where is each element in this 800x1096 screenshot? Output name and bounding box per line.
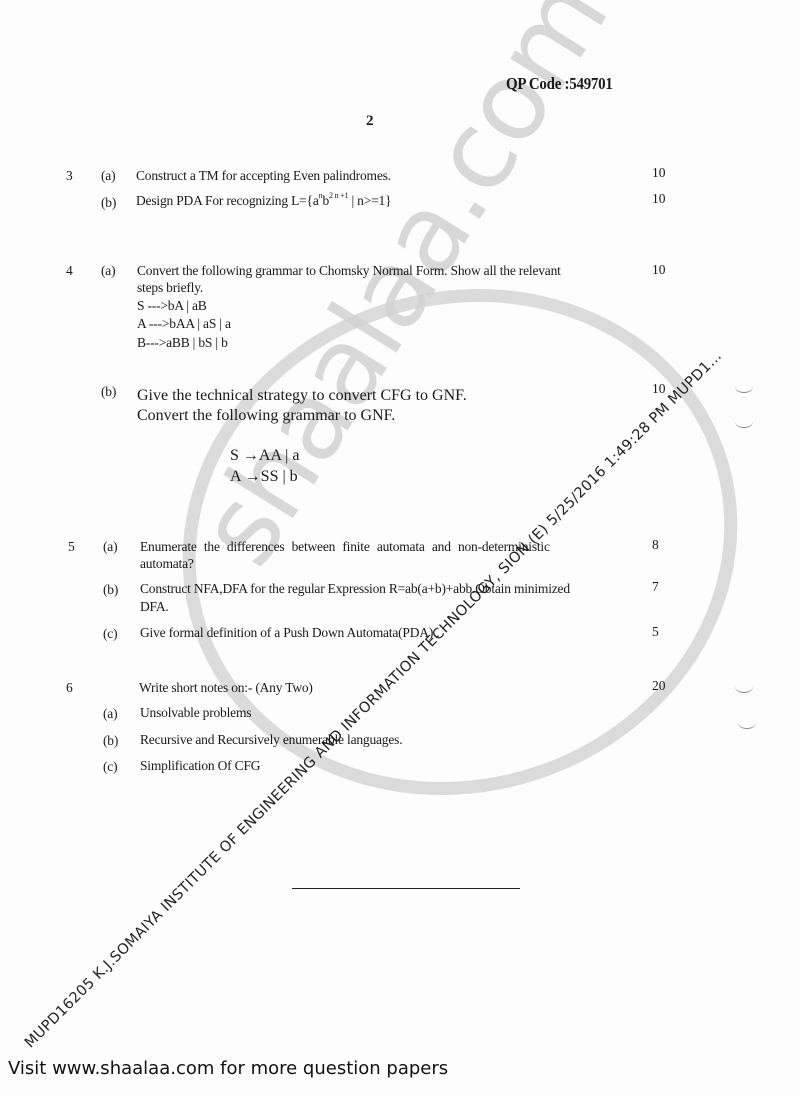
part-label: (c) <box>103 626 117 642</box>
question-text: Simplification Of CFG <box>140 758 260 774</box>
question-number: 4 <box>66 263 73 279</box>
marks: 7 <box>652 579 659 595</box>
question-text: Enumerate the differences between finite… <box>140 539 550 555</box>
question-text: Convert the following grammar to GNF. <box>137 407 395 425</box>
footer-link-text[interactable]: Visit www.shaalaa.com for more question … <box>8 1058 448 1079</box>
text-segment: | n>=1} <box>348 193 391 208</box>
question-text: Convert the following grammar to Chomsky… <box>137 263 561 279</box>
question-paper-page: shaalaa.com MUPD16205 K.J.SOMAIYA INSTIT… <box>0 0 800 1096</box>
question-text: Construct a TM for accepting Even palind… <box>136 168 391 184</box>
question-number: 6 <box>66 680 73 696</box>
question-number: 5 <box>68 539 75 555</box>
marks: 8 <box>652 537 659 553</box>
question-text: automata? <box>140 556 194 572</box>
marks: 20 <box>652 678 666 694</box>
question-text: steps briefly. <box>137 280 203 296</box>
grammar-rule: B--->aBB | bS | b <box>137 335 228 351</box>
grammar-rule: S --->bA | aB <box>137 298 207 314</box>
punch-hole-mark <box>735 380 753 393</box>
grammar-rule: A →SS | b <box>230 468 298 486</box>
part-label: (c) <box>103 759 117 775</box>
part-label: (b) <box>101 195 116 211</box>
part-label: (a) <box>101 168 115 184</box>
question-text: Unsolvable problems <box>140 705 251 721</box>
part-label: (a) <box>103 539 117 555</box>
marks: 10 <box>652 262 666 278</box>
superscript: 2 n +1 <box>329 191 348 200</box>
question-text: Give formal definition of a Push Down Au… <box>140 625 439 641</box>
page-number: 2 <box>366 113 374 130</box>
part-label: (a) <box>103 706 117 722</box>
part-label: (b) <box>103 733 118 749</box>
question-text: Recursive and Recursively enumerable lan… <box>140 732 402 748</box>
qp-code: QP Code :549701 <box>506 74 613 94</box>
question-text: Design PDA For recognizing L={anb2 n +1 … <box>136 193 391 209</box>
part-label: (a) <box>101 263 115 279</box>
grammar-rule: S →AA | a <box>230 447 299 465</box>
marks: 5 <box>652 624 659 640</box>
punch-hole-mark <box>735 680 753 693</box>
marks: 10 <box>652 191 666 207</box>
question-text: Construct NFA,DFA for the regular Expres… <box>140 581 570 597</box>
grammar-rule: A --->bAA | aS | a <box>137 316 231 332</box>
end-of-paper-rule <box>292 888 520 889</box>
question-text: Give the technical strategy to convert C… <box>137 387 467 405</box>
part-label: (b) <box>101 384 116 400</box>
question-text: DFA. <box>140 599 169 615</box>
question-number: 3 <box>66 168 73 184</box>
marks: 10 <box>652 381 666 397</box>
part-label: (b) <box>103 582 118 598</box>
text-segment: Design PDA For recognizing L={a <box>136 193 319 208</box>
punch-hole-mark <box>738 716 756 729</box>
punch-hole-mark <box>735 415 753 428</box>
marks: 10 <box>652 165 666 181</box>
question-text: Write short notes on:- (Any Two) <box>139 680 313 696</box>
